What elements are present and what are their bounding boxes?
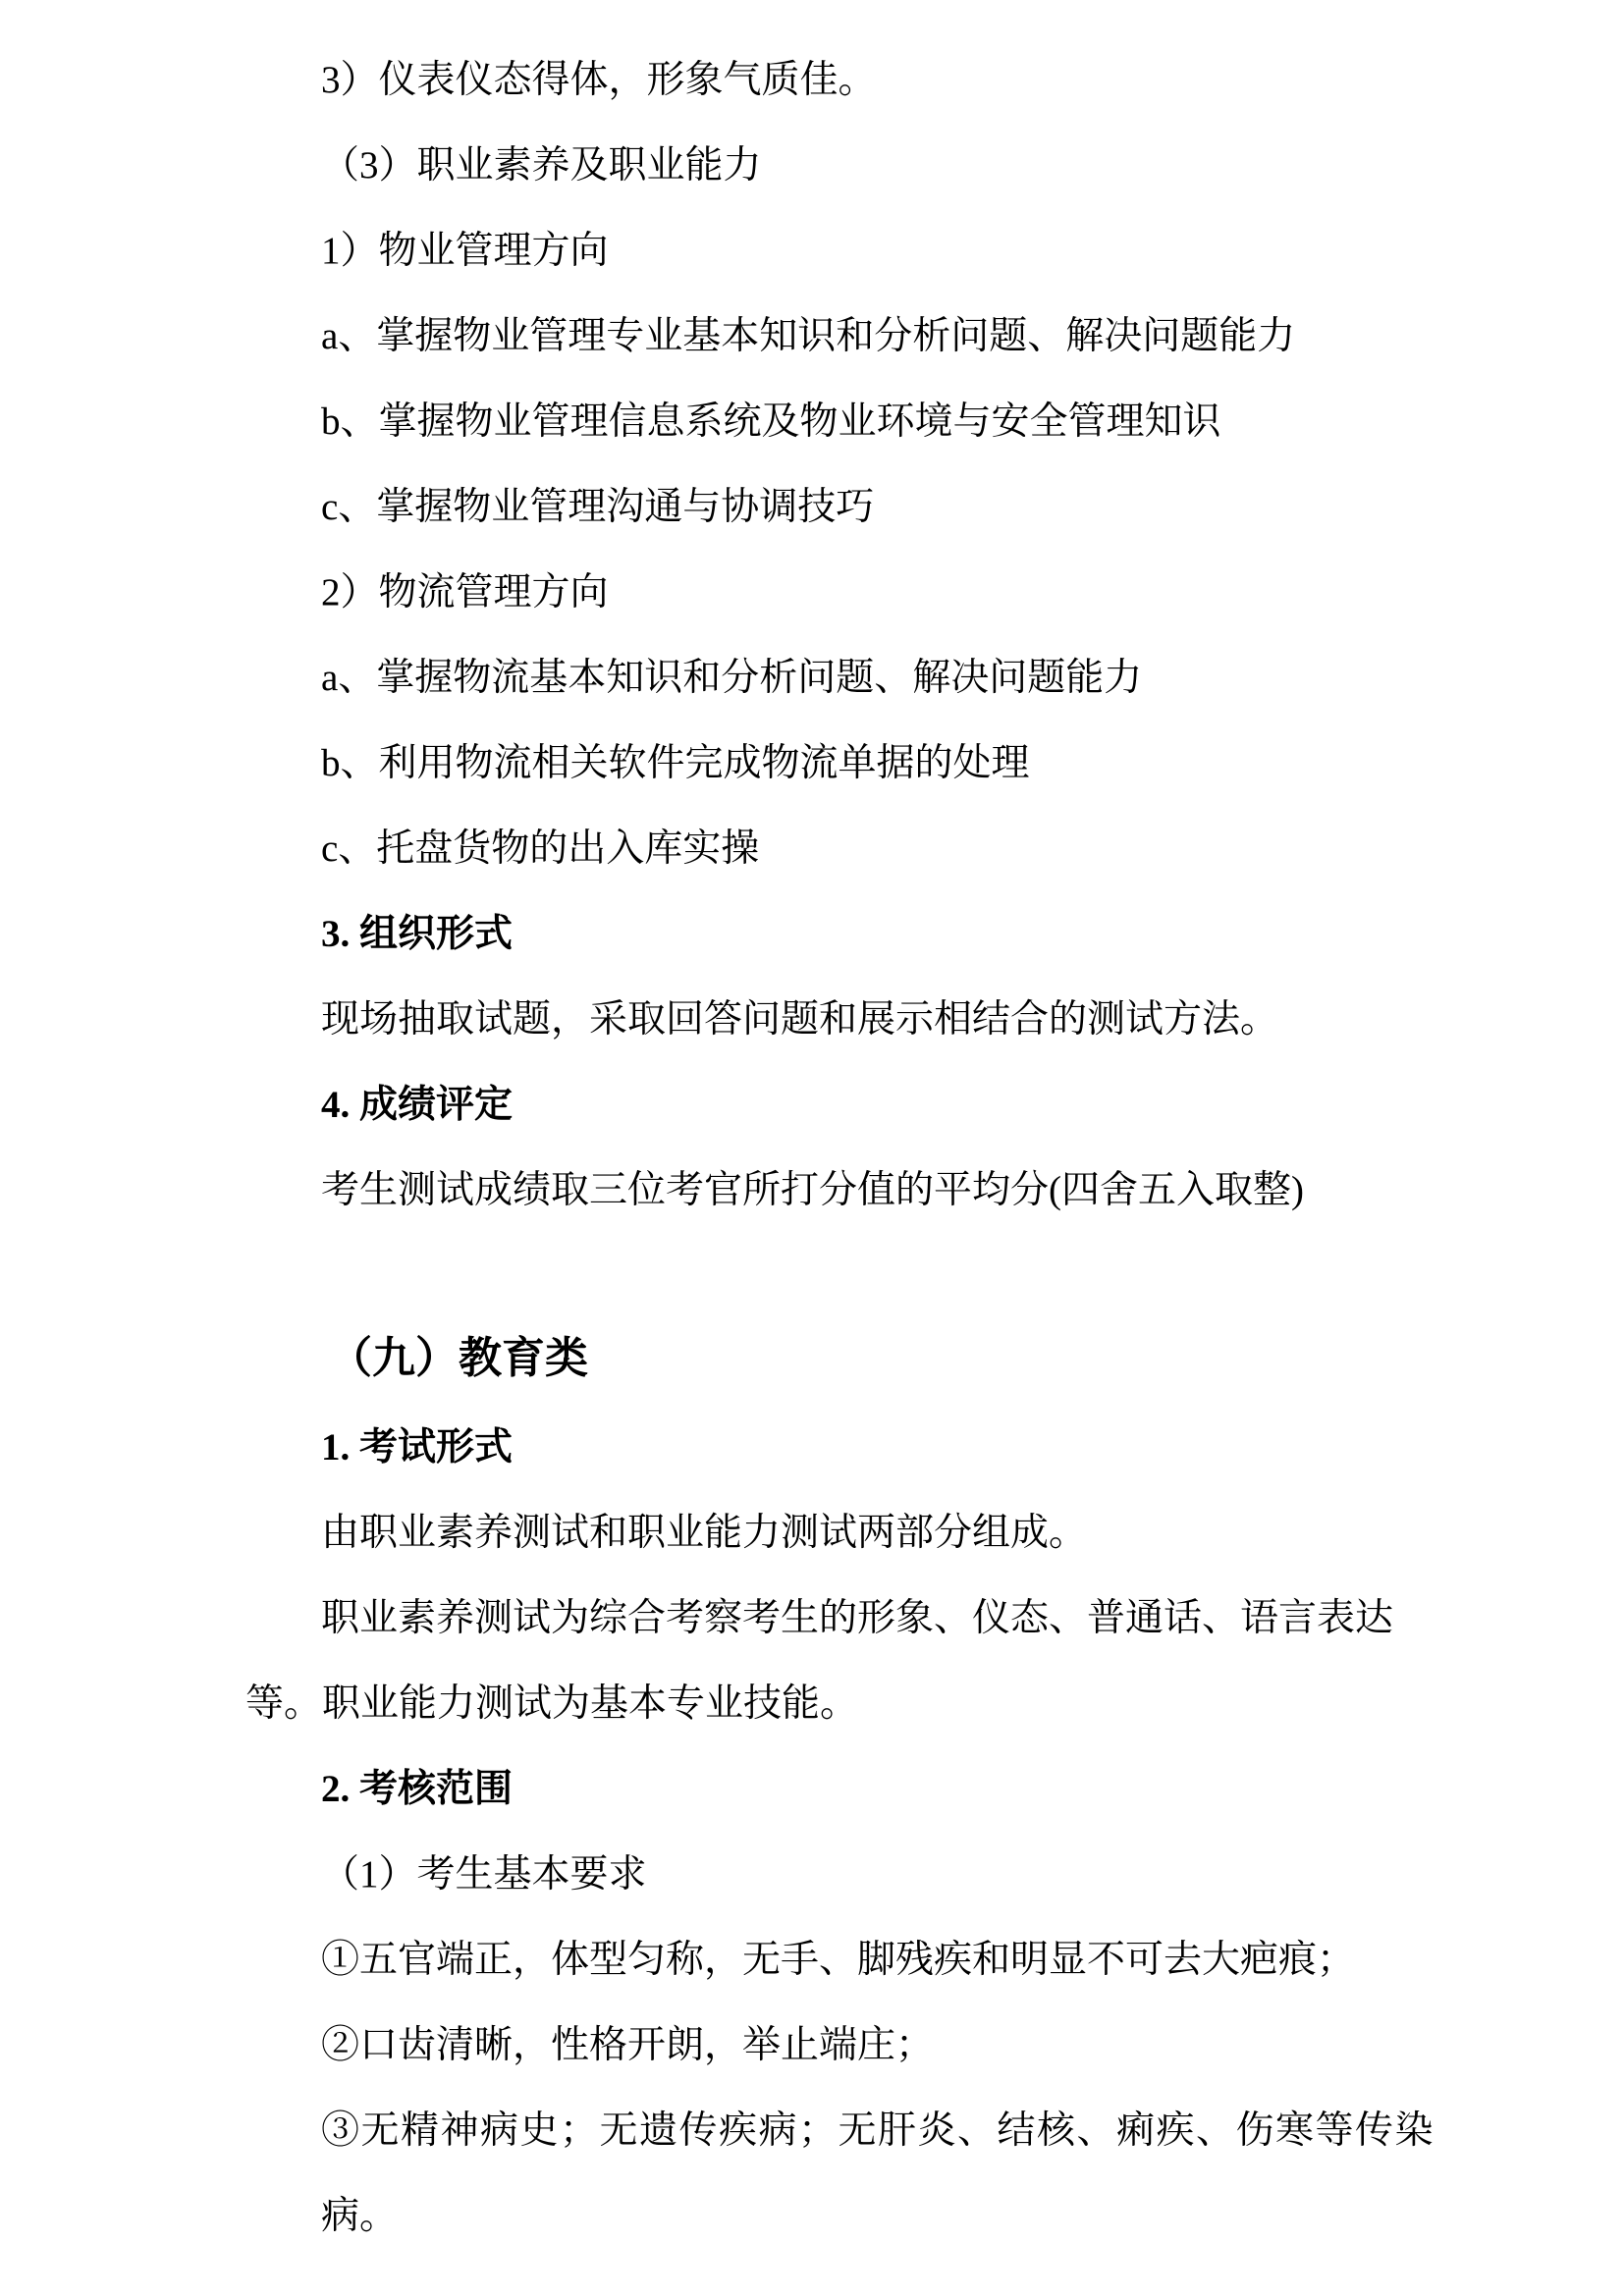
line-2-logistics-direction: 2）物流管理方向: [245, 550, 1428, 635]
line-exam-composition: 由职业素养测试和职业能力测试两部分组成。: [245, 1490, 1428, 1575]
line-appearance-requirement: 3）仪表仪态得体，形象气质佳。: [245, 37, 1428, 123]
subheading-1-exam-format: 1. 考试形式: [245, 1405, 1428, 1490]
section-heading-9-education: （九）教育类: [245, 1311, 1428, 1405]
subheading-4-score-evaluation: 4. 成绩评定: [245, 1062, 1428, 1148]
line-quality-test-continuation: 等。职业能力测试为基本专业技能。: [245, 1661, 1428, 1746]
line-heading-3-professional-quality: （3）职业素养及职业能力: [245, 123, 1428, 208]
line-score-average-rule: 考生测试成绩取三位考官所打分值的平均分(四舍五入取整): [245, 1148, 1428, 1233]
section-gap: [245, 1233, 1428, 1311]
line-item-3-health-continuation: 病。: [245, 2173, 1428, 2259]
subheading-2-assessment-scope: 2. 考核范围: [245, 1746, 1428, 1832]
document-content: 3）仪表仪态得体，形象气质佳。 （3）职业素养及职业能力 1）物业管理方向 a、…: [0, 0, 1624, 2259]
line-b-property-info-system: b、掌握物业管理信息系统及物业环境与安全管理知识: [245, 379, 1428, 464]
line-1-property-management-direction: 1）物业管理方向: [245, 208, 1428, 294]
document-page: 3）仪表仪态得体，形象气质佳。 （3）职业素养及职业能力 1）物业管理方向 a、…: [0, 0, 1624, 2296]
subheading-3-organization-form: 3. 组织形式: [245, 891, 1428, 977]
line-a-logistics-knowledge: a、掌握物流基本知识和分析问题、解决问题能力: [245, 635, 1428, 721]
line-1-candidate-basic-requirements: （1）考生基本要求: [245, 1832, 1428, 1917]
line-c-pallet-operation: c、托盘货物的出入库实操: [245, 806, 1428, 891]
line-quality-test-description: 职业素养测试为综合考察考生的形象、仪态、普通话、语言表达: [245, 1575, 1428, 1661]
line-organization-method: 现场抽取试题，采取回答问题和展示相结合的测试方法。: [245, 977, 1428, 1062]
line-item-3-health: ③无精神病史；无遗传疾病；无肝炎、结核、痢疾、伤寒等传染: [245, 2088, 1428, 2173]
line-b-logistics-software: b、利用物流相关软件完成物流单据的处理: [245, 721, 1428, 806]
line-item-1-appearance: ①五官端正，体型匀称，无手、脚残疾和明显不可去大疤痕；: [245, 1917, 1428, 2002]
line-c-property-communication: c、掌握物业管理沟通与协调技巧: [245, 464, 1428, 550]
line-a-property-knowledge: a、掌握物业管理专业基本知识和分析问题、解决问题能力: [245, 294, 1428, 379]
line-item-2-speech: ②口齿清晰，性格开朗，举止端庄；: [245, 2002, 1428, 2088]
